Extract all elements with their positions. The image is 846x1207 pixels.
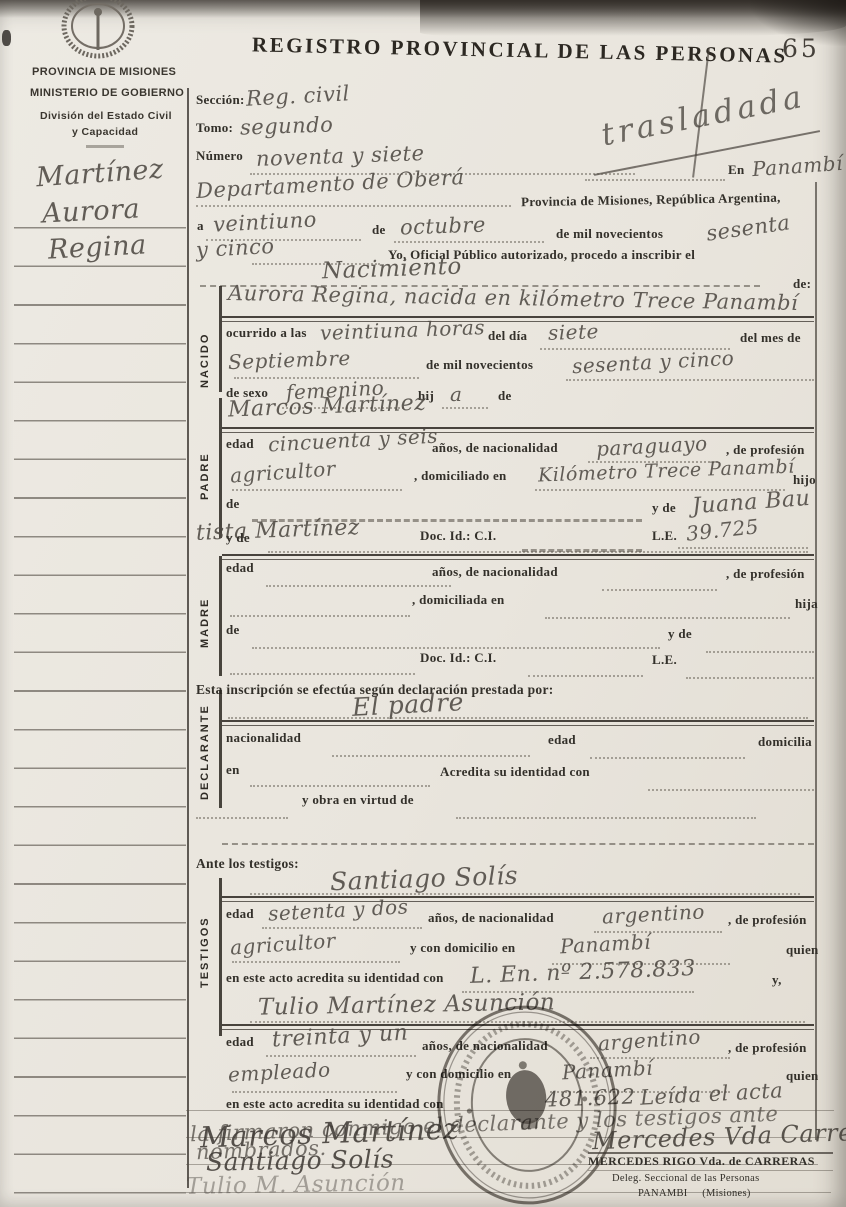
mes-blank [394,240,544,243]
margin-surname: Martínez [35,154,165,194]
testigo1-nombre: Santiago Solís [330,861,519,897]
madre-y-de-label: y de [226,530,250,546]
t1-dom-label: y con domicilio en [410,940,515,956]
padre-profesion-value: agricultor [229,456,336,487]
t2-prof-label: , de profesión [728,1040,807,1056]
madre-nac-label: años, de nacionalidad [432,564,558,580]
provincia-line: Provincia de Misiones, República Argenti… [521,190,781,211]
decl-obra-blank [456,816,756,819]
padre-le-blank [678,546,808,549]
t2-prof-blank [232,1090,397,1093]
decl-edad-label: edad [548,732,576,748]
padre-nac-label: años, de nacionalidad [432,440,558,456]
seccion-label: Sección: [196,92,245,108]
padre-nacionalidad-value: paraguayo [595,431,708,461]
section-label-declarante: DECLARANTE [199,704,211,800]
coat-of-arms-emblem [56,0,140,64]
margin-given-name-1: Aurora [41,193,141,229]
madre-dom-blank [545,616,790,619]
decl-acredita-blank [648,788,814,791]
en-label: En [728,162,745,178]
t1-dom-value: Panambí [559,930,651,959]
hora-value: veintiuna horas [320,315,486,345]
decl-nac-blank [332,754,530,757]
t1-documento-value: L. En. nº 2.578.833 [470,956,697,989]
madre-de-label: de [226,622,240,638]
t1-nac-label: años, de nacionalidad [428,910,554,926]
decl-nacionalidad-label: nacionalidad [226,730,301,746]
section-label-padre: PADRE [199,452,211,500]
decl-acredita-label: Acredita su identidad con [440,764,590,780]
declarante-bar [219,690,222,808]
de-colon-label: de: [793,276,811,292]
numero-label: Número [196,148,243,164]
margin-org-line2: MINISTERIO DE GOBIERNO [30,87,184,99]
margin-mark [86,145,124,148]
decl-edad-blank [590,756,745,759]
hija-label: hija [795,596,818,612]
departamento-value: Departamento de Oberá [196,165,465,203]
departamento-blank [196,204,511,207]
padre-dom-label: , domiciliado en [414,468,507,484]
decl-blank2 [196,816,288,819]
registry-stamp [417,995,637,1207]
nacido-dia-value: siete [548,319,600,345]
oficial-lugar-panambi: PANAMBI [638,1188,688,1199]
t2-quien-label: quien [786,1068,819,1084]
del-mes-label: del mes de [740,330,801,346]
ocurrido-label: ocurrido a las [226,325,307,341]
madre-edad-label: edad [226,560,254,576]
nacido-de-label: de [498,388,512,404]
padre-bar [219,398,222,538]
madre-abuela-blank [706,650,814,653]
tomo-label: Tomo: [196,120,233,136]
hij-sufijo: a [450,382,462,406]
section-label-madre: MADRE [199,598,211,648]
de-label: de [372,222,386,238]
section-label-testigos: TESTIGOS [199,916,211,988]
scan-blot-left [2,30,11,46]
t1-prof-blank [232,960,400,963]
scanned-birth-record: PROVINCIA DE MISIONES MINISTERIO DE GOBI… [0,0,846,1207]
madre-ci-blank [528,674,643,677]
oficial-cargo: Deleg. Seccional de las Personas [612,1173,760,1184]
oficial-nombre-underline [588,1170,833,1171]
section-label-nacido: NACIDO [199,333,211,388]
anio-value-2: y cinco [195,234,275,262]
t1-edad-blank [262,926,422,929]
declarante-rule [222,720,814,726]
madre-abuelo-blank [252,646,660,649]
testigo1-nombre-blank [250,892,800,895]
declarante-blank [228,716,808,719]
form-right-border [815,182,817,1140]
padre-prof-blank [232,488,402,491]
madre-edad-blank [266,584,451,587]
mes-value: octubre [400,213,487,240]
decl-domicilia-label: domicilia [758,734,812,750]
madre-bar [219,556,222,676]
madre-nombre-blank [268,550,808,553]
acto-value: Nacimiento [322,254,463,285]
nacido-rule [222,316,814,322]
oficial-nombre: MERCEDES RIGO Vda. de CARRERAS [588,1154,815,1169]
nacido-de-mil-label: de mil novecientos [426,357,533,373]
madre-dom-label: , domiciliada en [412,592,505,608]
madre-nac-blank [602,588,717,591]
decl-en-label: en [226,762,240,778]
t2-prof-value: empleado [227,1057,331,1086]
seccion-value: Reg. civil [245,81,350,110]
anio-value-1: sesenta [705,210,792,246]
padre-le-label: L.E. [652,528,677,544]
lugar-value: Panambí [751,151,843,181]
padre-le-value: 39.725 [685,514,760,545]
de-mil-label: de mil novecientos [556,226,663,242]
padre-de-label: de [226,496,240,512]
tomo-value: segundo [240,112,334,139]
padre-doc-label: Doc. Id.: C.I. [420,528,496,544]
t2-edad-label: edad [226,1034,254,1050]
madre-rule [222,554,814,560]
folio-number: 65 [782,34,820,63]
nacido-anio-value: sesenta y cinco [571,346,734,378]
padre-domicilio-value: Kilómetro Trece Panambí [538,456,795,487]
t1-quien-label: quien [786,942,819,958]
numero-value: noventa y siete [256,141,425,171]
margin-org-line4: y Capacidad [72,126,138,138]
t1-edad-label: edad [226,906,254,922]
firma-testigo2: Tulio M. Asunción [186,1170,406,1200]
t1-prof-label: , de profesión [728,912,807,928]
t1-y-label: y, [772,972,782,988]
padre-abuela-value-2: tista Martínez [196,515,361,546]
decl-obra-label: y obra en virtud de [302,792,414,808]
margin-org-line1: PROVINCIA DE MISIONES [32,66,176,78]
margin-given-name-2: Regina [47,229,147,265]
padre-edad-label: edad [226,436,254,452]
madre-firma-blank [230,672,415,675]
t1-nac-value: argentino [601,899,705,928]
decl-en-blank [250,784,430,787]
t1-prof-value: agricultor [229,928,336,959]
a-label: a [197,218,204,234]
madre-doc-label: Doc. Id.: C.I. [420,650,496,666]
en-blank [585,178,725,181]
margin-org-line3: División del Estado Civil [40,110,172,122]
testigos-intro: Ante los testigos: [196,856,299,872]
dia-value: veintiuno [212,207,317,236]
del-dia-label: del día [488,328,527,344]
t1-acredita-label: en este acto acredita su identidad con [226,970,444,986]
nacido-bar [219,286,222,392]
madre-le-blank [686,676,814,679]
madre-prof-blank [230,614,410,617]
hij-blank [442,406,488,409]
oficial-lugar-misiones: (Misiones) [702,1188,751,1199]
madre-prof-label: , de profesión [726,566,805,582]
t2-edad-blank [266,1054,416,1057]
padre-y-de-label: y de [652,500,676,516]
madre-y-de2-label: y de [668,626,692,642]
margin-ruled-lines [14,190,186,1198]
madre-le-label: L.E. [652,652,677,668]
nacido-mes-value: Septiembre [228,346,352,374]
oficial-lugar: PANAMBI (Misiones) [638,1188,751,1199]
declarante-bottom-rule [222,842,814,845]
form-left-border [187,88,189,1188]
nacido-anio-blank [566,378,814,381]
